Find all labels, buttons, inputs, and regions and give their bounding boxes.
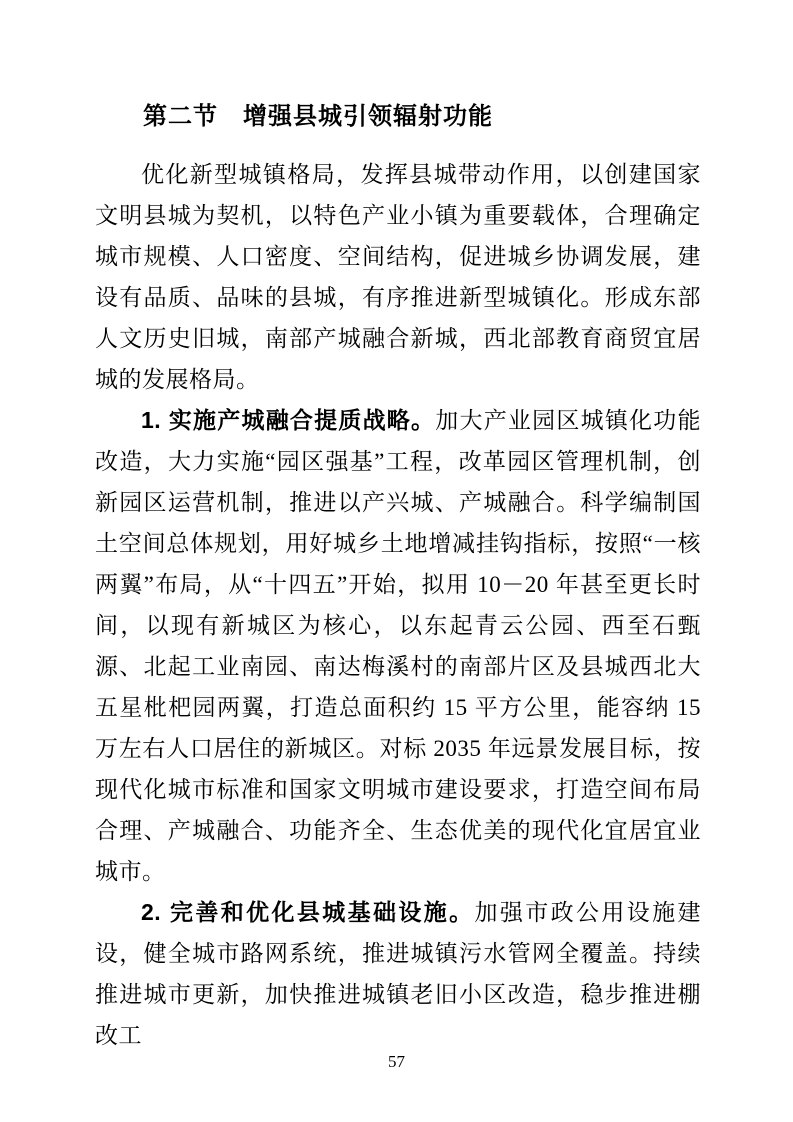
- section-title: 第二节 增强县城引领辐射功能: [95, 100, 701, 134]
- paragraph-intro: 优化新型城镇格局，发挥县城带动作用，以创建国家文明县城为契机，以特色产业小镇为重…: [95, 154, 701, 400]
- paragraph-lead: 2. 完善和优化县城基础设施。: [141, 899, 474, 925]
- paragraph-item-2: 2. 完善和优化县城基础设施。加强市政公用设施建设，健全城市路网系统，推进城镇污…: [95, 892, 701, 1056]
- paragraph-text: 加大产业园区城镇化功能改造，大力实施“园区强基”工程，改革园区管理机制，创新园区…: [95, 408, 701, 884]
- document-page: 第二节 增强县城引领辐射功能 优化新型城镇格局，发挥县城带动作用，以创建国家文明…: [0, 0, 793, 1122]
- paragraph-text: 优化新型城镇格局，发挥县城带动作用，以创建国家文明县城为契机，以特色产业小镇为重…: [95, 162, 701, 392]
- page-number: 57: [0, 1052, 793, 1072]
- text-block: 第二节 增强县城引领辐射功能 优化新型城镇格局，发挥县城带动作用，以创建国家文明…: [95, 100, 701, 1056]
- paragraph-item-1: 1. 实施产城融合提质战略。加大产业园区城镇化功能改造，大力实施“园区强基”工程…: [95, 400, 701, 892]
- paragraph-lead: 1. 实施产城融合提质战略。: [141, 407, 435, 433]
